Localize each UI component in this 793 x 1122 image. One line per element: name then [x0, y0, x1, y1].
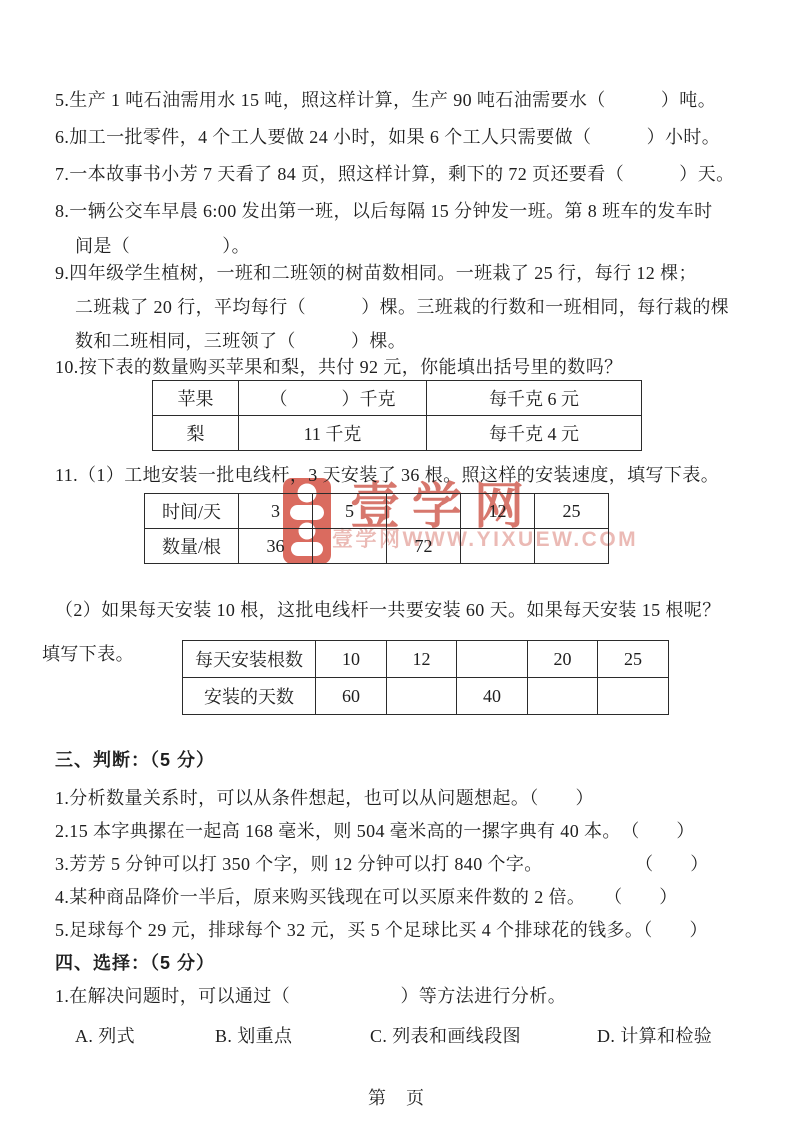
table-cell — [535, 529, 609, 564]
section-heading-choice: 四、选择：（5 分） — [55, 953, 215, 974]
question-9-line3: 数和二班相同，三班领了（ ）棵。 — [75, 331, 406, 352]
table-row: 梨 11 千克 每千克 4 元 — [153, 416, 642, 451]
table-cell — [313, 529, 387, 564]
option-d: D. 计算和检验 — [597, 1022, 712, 1048]
table-cell: 25 — [598, 641, 669, 678]
judge-item-4: 4.某种商品降价一半后，原来购买钱现在可以买原来件数的 2 倍。 （ ） — [55, 887, 678, 908]
table-install-rate: 时间/天 3 5 12 25 数量/根 36 72 — [144, 493, 609, 564]
judge-item-3: 3.芳芳 5 分钟可以打 350 个字，则 12 分钟可以打 840 个字。 （… — [55, 854, 709, 875]
table-cell: 时间/天 — [145, 494, 239, 529]
table-row: 苹果 （ ）千克 每千克 6 元 — [153, 381, 642, 416]
question-10: 10.按下表的数量购买苹果和梨，共付 92 元，你能填出括号里的数吗？ — [55, 357, 623, 378]
table-cell: 40 — [457, 678, 528, 715]
question-11-part1: 11.（1）工地安装一批电线杆，3 天安装了 36 根。照这样的安装速度，填写下… — [55, 465, 719, 486]
choice-question-1: 1.在解决问题时，可以通过（ ）等方法进行分析。 — [55, 986, 566, 1007]
table-row: 每天安装根数 10 12 20 25 — [183, 641, 669, 678]
table-cell: （ ）千克 — [239, 381, 427, 416]
table-cell: 20 — [528, 641, 598, 678]
table-cell: 苹果 — [153, 381, 239, 416]
table-row: 数量/根 36 72 — [145, 529, 609, 564]
table-row: 安装的天数 60 40 — [183, 678, 669, 715]
question-9-line2: 二班栽了 20 行，平均每行（ ）棵。三班栽的行数和一班相同，每行栽的棵 — [75, 297, 729, 318]
choice-options-row: A. 列式 B. 划重点 C. 列表和画线段图 D. 计算和检验 — [0, 1022, 793, 1046]
table-cell: 60 — [316, 678, 387, 715]
table-cell: 25 — [535, 494, 609, 529]
judge-item-5: 5.足球每个 29 元，排球每个 32 元，买 5 个足球比买 4 个排球花的钱… — [55, 920, 708, 941]
table-cell — [528, 678, 598, 715]
table-cell: 数量/根 — [145, 529, 239, 564]
table-cell: 12 — [461, 494, 535, 529]
question-6: 6.加工一批零件，4 个工人要做 24 小时，如果 6 个工人只需要做（ ）小时… — [55, 127, 720, 148]
table-cell — [387, 494, 461, 529]
exam-paper-page: 壹学网 壹学网WWW.YIXUEW.COM 5.生产 1 吨石油需用水 15 吨… — [0, 0, 793, 1122]
table-cell: 72 — [387, 529, 461, 564]
table-cell: 每千克 6 元 — [427, 381, 642, 416]
table-cell: 36 — [239, 529, 313, 564]
question-5: 5.生产 1 吨石油需用水 15 吨，照这样计算，生产 90 吨石油需要水（ ）… — [55, 90, 716, 111]
table-cell — [598, 678, 669, 715]
option-a: A. 列式 — [75, 1022, 135, 1048]
table-cell — [461, 529, 535, 564]
section-heading-judge: 三、判断：（5 分） — [55, 750, 215, 771]
table-cell: 梨 — [153, 416, 239, 451]
judge-item-1: 1.分析数量关系时，可以从条件想起，也可以从问题想起。（ ） — [55, 788, 594, 809]
table-install-days: 每天安装根数 10 12 20 25 安装的天数 60 40 — [182, 640, 669, 715]
table-cell: 3 — [239, 494, 313, 529]
table-row: 时间/天 3 5 12 25 — [145, 494, 609, 529]
table-cell — [387, 678, 457, 715]
question-9-line1: 9.四年级学生植树，一班和二班领的树苗数相同。一班栽了 25 行，每行 12 棵… — [55, 263, 697, 284]
table-cell: 安装的天数 — [183, 678, 316, 715]
table-cell: 10 — [316, 641, 387, 678]
question-7: 7.一本故事书小芳 7 天看了 84 页，照这样计算，剩下的 72 页还要看（ … — [55, 164, 735, 185]
question-11-part2-note: 填写下表。 — [42, 644, 134, 665]
judge-item-2: 2.15 本字典摞在一起高 168 毫米，则 504 毫米高的一摞字典有 40 … — [55, 821, 695, 842]
table-apples-pears: 苹果 （ ）千克 每千克 6 元 梨 11 千克 每千克 4 元 — [152, 380, 642, 451]
option-c: C. 列表和画线段图 — [370, 1022, 521, 1048]
question-8-line2: 间是（ ）。 — [75, 236, 250, 257]
table-cell — [457, 641, 528, 678]
table-cell: 12 — [387, 641, 457, 678]
document-content: 5.生产 1 吨石油需用水 15 吨，照这样计算，生产 90 吨石油需要水（ ）… — [0, 0, 793, 1122]
question-8-line1: 8.一辆公交车早晨 6:00 发出第一班，以后每隔 15 分钟发一班。第 8 班… — [55, 201, 713, 222]
question-11-part2: （2）如果每天安装 10 根，这批电线杆一共要安装 60 天。如果每天安装 15… — [55, 600, 721, 621]
option-b: B. 划重点 — [215, 1022, 292, 1048]
table-cell: 11 千克 — [239, 416, 427, 451]
table-cell: 每千克 4 元 — [427, 416, 642, 451]
table-cell: 每天安装根数 — [183, 641, 316, 678]
page-footer: 第 页 — [0, 1084, 793, 1110]
table-cell: 5 — [313, 494, 387, 529]
